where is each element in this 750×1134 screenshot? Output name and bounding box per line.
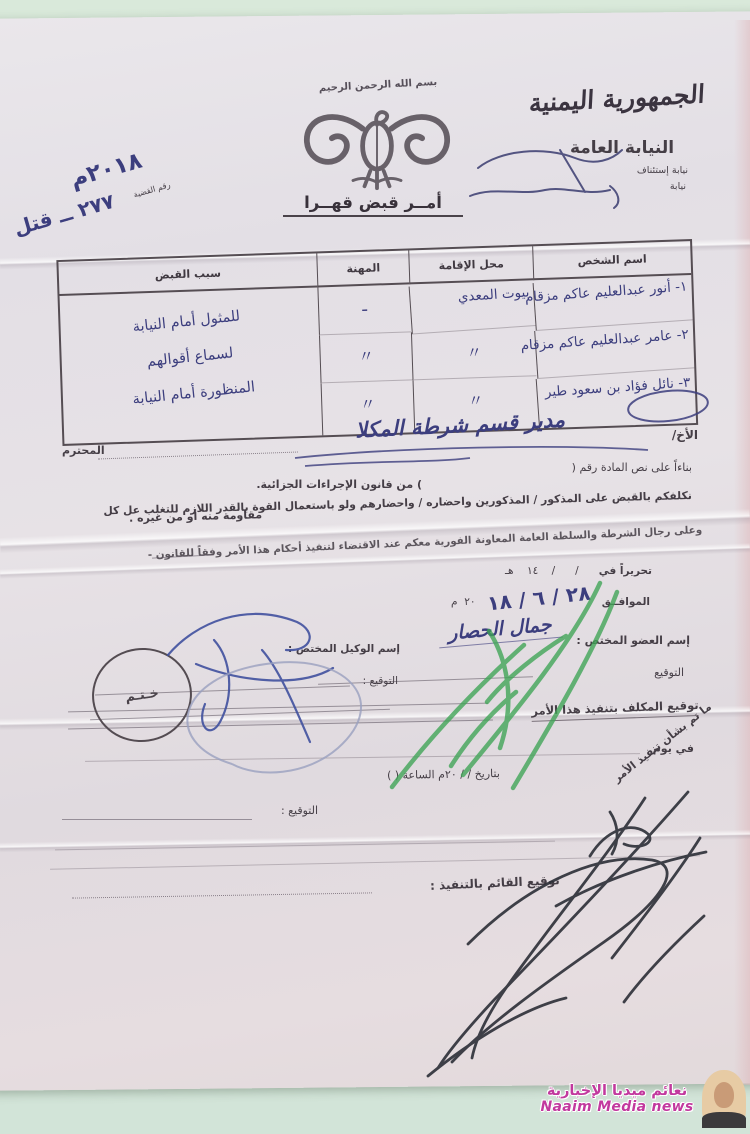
legal-basis-part2: ) من قانون الإجراءات الجزائية. bbox=[256, 478, 422, 491]
deputy-name-label: إسم الوكيل المختص : bbox=[288, 643, 400, 655]
watermark-avatar-icon bbox=[702, 1070, 746, 1128]
case-number-label: رقم القضية bbox=[132, 180, 171, 199]
appeal-prosecution-line: نيابة إستئناف bbox=[637, 165, 688, 176]
col-header-job: المهنة bbox=[316, 250, 409, 287]
execution-date-row: بتاريخ / / ٢٠م الساعة ( ) bbox=[387, 767, 500, 782]
niyaba-line: نيابة bbox=[670, 181, 686, 192]
legal-basis-part1: بناءاً على نص المادة رقم ( bbox=[572, 461, 692, 474]
member-sign-label: التوقيع bbox=[654, 666, 684, 679]
watermark-english-text: Naaim Media news bbox=[541, 1099, 694, 1115]
table-row-job: 〃 bbox=[319, 332, 413, 383]
addressee-label: الأخ/ bbox=[672, 428, 698, 442]
gregorian-date-line: الموافــق ٢٨ / ٦ / ١٨ ٢٠ م bbox=[451, 586, 650, 610]
issued-label: تحريراً في bbox=[599, 565, 652, 577]
signature-line bbox=[62, 819, 252, 820]
prosecution-title: النيابة العامة bbox=[542, 138, 702, 158]
stamp-label: خـتـم bbox=[124, 685, 160, 705]
deputy-sign-label: التوقيع : bbox=[363, 675, 398, 687]
issued-date-line: تحريراً في / / ١٤ هـ bbox=[505, 565, 652, 577]
agree-label: الموافــق bbox=[602, 596, 650, 608]
table-row-residence: بيوت المعدي bbox=[409, 278, 536, 334]
table-row-residence: 〃 bbox=[411, 328, 537, 380]
table-row-job: ـ bbox=[317, 284, 411, 335]
case-number-handwritten: ٢٧٧ ــ قتل bbox=[11, 189, 117, 241]
agree-suffix: ٢٠ م bbox=[451, 596, 475, 608]
respected-label: المحترم bbox=[62, 444, 105, 457]
watermark-arabic-text: نعائم ميديا الإخبارية bbox=[547, 1083, 687, 1099]
issued-blanks: / / ١٤ هـ bbox=[505, 565, 599, 577]
document-title: أمــر قبض قهــرا bbox=[283, 193, 463, 217]
member-name-label: إسم العضو المختص : bbox=[576, 634, 690, 647]
yemen-emblem-icon bbox=[293, 96, 461, 192]
scanned-arrest-warrant-document: الجمهورية اليمنية النيابة العامة نيابة إ… bbox=[0, 0, 750, 1134]
sign-label2: التوقيع : bbox=[281, 804, 318, 817]
watermark: نعائم ميديا الإخبارية Naaim Media news bbox=[536, 1068, 746, 1130]
